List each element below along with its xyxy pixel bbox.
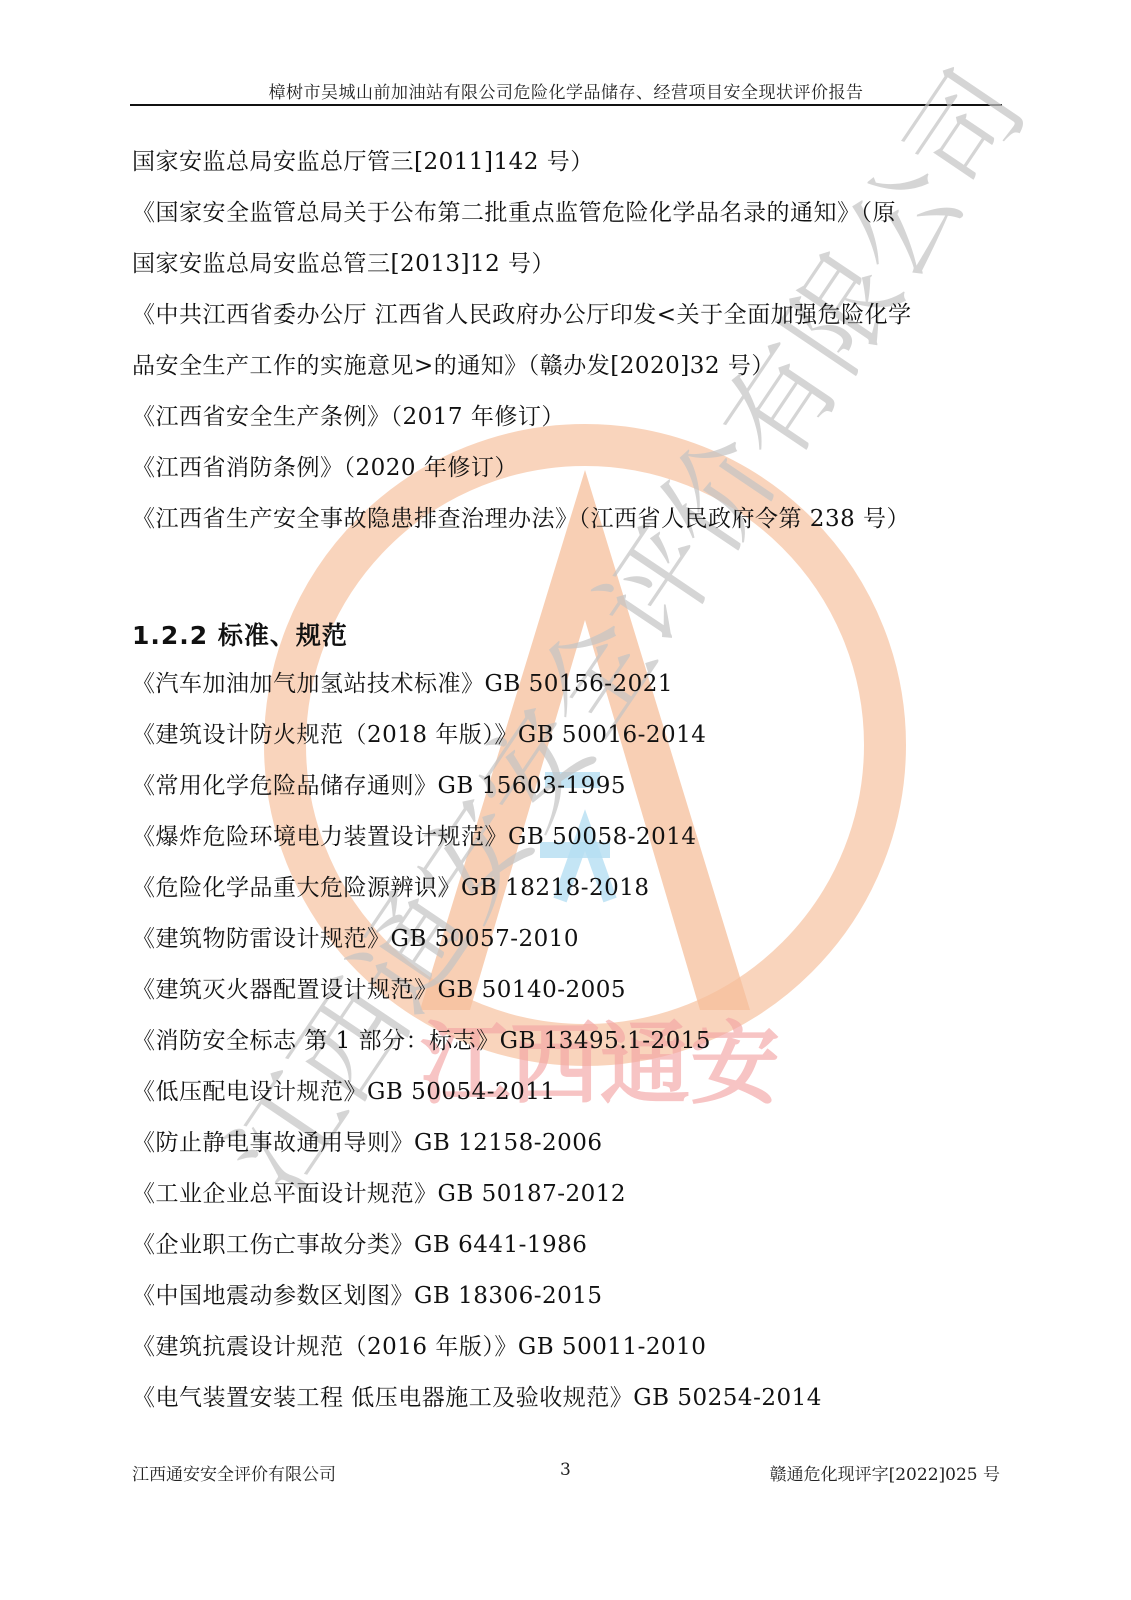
standard-item: 《防止静电事故通用导则》GB 12158-2006	[132, 1121, 1002, 1172]
header-divider	[130, 104, 1002, 106]
standard-item: 《建筑抗震设计规范（2016 年版）》GB 50011-2010	[132, 1325, 1002, 1376]
footer-doc-number: 赣通危化现评字[2022]025 号	[770, 1460, 1000, 1485]
page-number: 3	[560, 1460, 571, 1480]
regulation-line: 《江西省安全生产条例》（2017 年修订）	[132, 395, 1002, 446]
standard-item: 《电气装置安装工程 低压电器施工及验收规范》GB 50254-2014	[132, 1376, 1002, 1427]
standard-item: 《企业职工伤亡事故分类》GB 6441-1986	[132, 1223, 1002, 1274]
regulation-line: 《江西省消防条例》（2020 年修订）	[132, 446, 1002, 497]
page-header-title: 樟树市吴城山前加油站有限公司危险化学品储存、经营项目安全现状评价报告	[130, 78, 1002, 103]
standard-item: 《建筑灭火器配置设计规范》GB 50140-2005	[132, 968, 1002, 1019]
document-body: 国家安监总局安监总厅管三[2011]142 号） 《国家安全监管总局关于公布第二…	[132, 140, 1002, 1427]
regulation-line: 《江西省生产安全事故隐患排查治理办法》（江西省人民政府令第 238 号）	[132, 497, 1002, 548]
standard-item: 《危险化学品重大危险源辨识》GB 18218-2018	[132, 866, 1002, 917]
section-heading: 1.2.2 标准、规范	[132, 614, 1002, 662]
standard-item: 《汽车加油加气加氢站技术标准》GB 50156-2021	[132, 662, 1002, 713]
standard-item: 《常用化学危险品储存通则》GB 15603-1995	[132, 764, 1002, 815]
regulation-line: 《国家安全监管总局关于公布第二批重点监管危险化学品名录的通知》（原	[132, 191, 1002, 242]
regulation-line: 国家安监总局安监总厅管三[2011]142 号）	[132, 140, 1002, 191]
standard-item: 《建筑物防雷设计规范》GB 50057-2010	[132, 917, 1002, 968]
standard-item: 《低压配电设计规范》GB 50054-2011	[132, 1070, 1002, 1121]
regulation-line: 《中共江西省委办公厅 江西省人民政府办公厅印发<关于全面加强危险化学	[132, 293, 1002, 344]
standard-item: 《建筑设计防火规范（2018 年版）》GB 50016-2014	[132, 713, 1002, 764]
regulation-line: 国家安监总局安监总管三[2013]12 号）	[132, 242, 1002, 293]
standard-item: 《消防安全标志 第 1 部分：标志》GB 13495.1-2015	[132, 1019, 1002, 1070]
standard-item: 《工业企业总平面设计规范》GB 50187-2012	[132, 1172, 1002, 1223]
regulation-line: 品安全生产工作的实施意见>的通知》（赣办发[2020]32 号）	[132, 344, 1002, 395]
standard-item: 《爆炸危险环境电力装置设计规范》GB 50058-2014	[132, 815, 1002, 866]
standard-item: 《中国地震动参数区划图》GB 18306-2015	[132, 1274, 1002, 1325]
footer-company: 江西通安安全评价有限公司	[132, 1460, 336, 1485]
